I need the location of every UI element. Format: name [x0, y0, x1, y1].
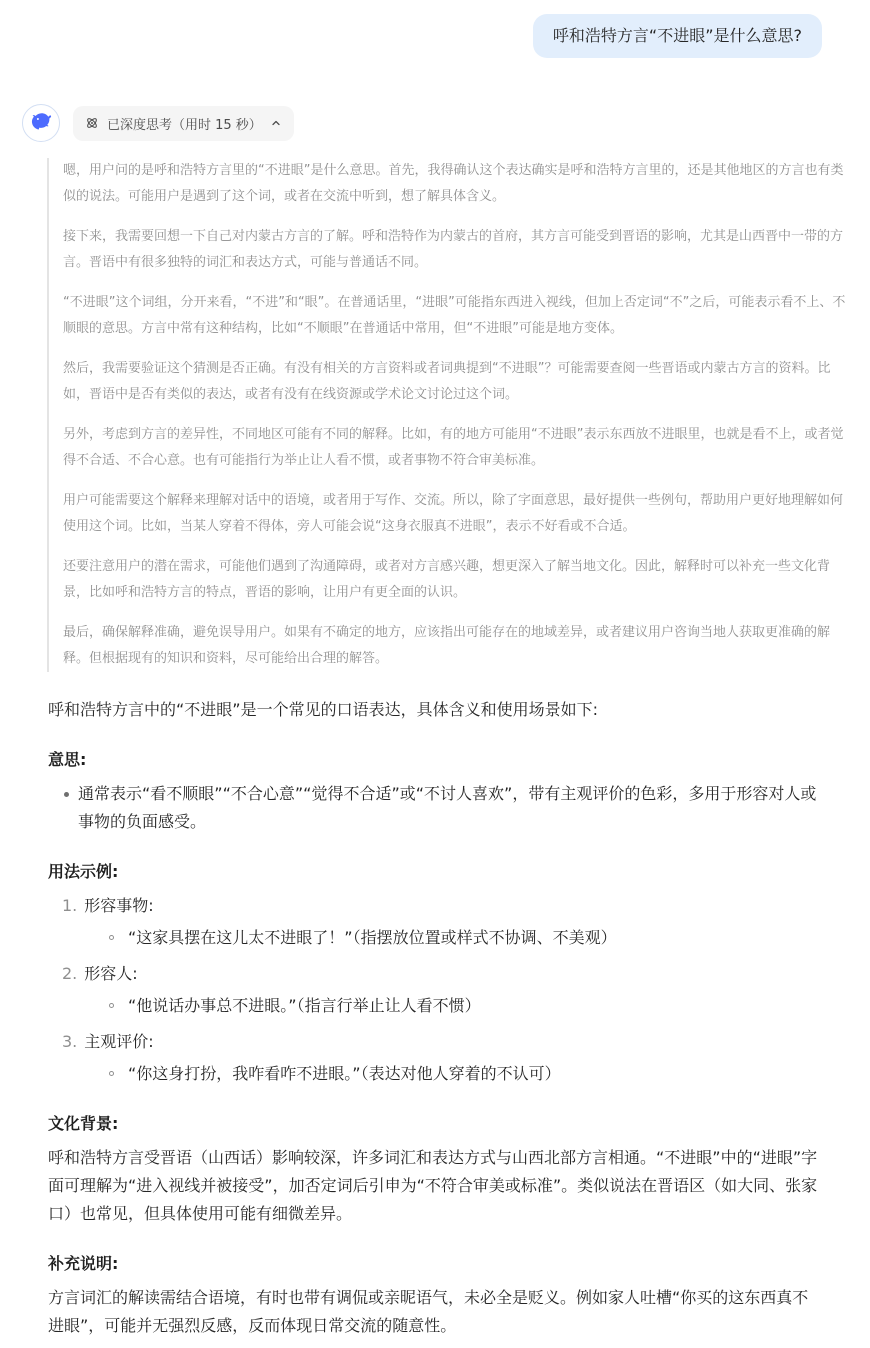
circle-bullet-icon — [109, 1071, 114, 1076]
thinking-block: 嗯，用户问的是呼和浩特方言里的“不进眼”是什么意思。首先，我得确认这个表达确实是… — [47, 158, 846, 672]
note-text: 方言词汇的解读需结合语境，有时也带有调侃或亲昵语气，未必全是贬义。例如家人吐槽“… — [48, 1284, 822, 1340]
usage-example-row: “他说话办事总不进眼。”（指言行举止让人看不惯） — [48, 992, 822, 1020]
thinking-paragraph: 用户可能需要这个解释来理解对话中的语境，或者用于写作、交流。所以，除了字面意思，… — [63, 488, 846, 540]
list-item: 1.形容事物: “这家具摆在这儿太不进眼了！”（指摆放位置或样式不协调、不美观） — [48, 892, 822, 952]
section-heading-note: 补充说明: — [48, 1252, 822, 1276]
thinking-paragraph: 最后，确保解释准确，避免误导用户。如果有不确定的地方，应该指出可能存在的地域差异… — [63, 620, 846, 672]
assistant-message: 已深度思考（用时 15 秒） 嗯，用户问的是呼和浩特方言里的“不进眼”是什么意思… — [0, 104, 870, 1340]
thinking-paragraph: 另外，考虑到方言的差异性，不同地区可能有不同的解释。比如，有的地方可能用“不进眼… — [63, 422, 846, 474]
usage-example-row: “你这身打扮，我咋看咋不进眼。”（表达对他人穿着的不认可） — [48, 1060, 822, 1088]
section-heading-usage: 用法示例: — [48, 860, 822, 884]
thinking-paragraph: 接下来，我需要回想一下自己对内蒙古方言的了解。呼和浩特作为内蒙古的首府，其方言可… — [63, 224, 846, 276]
deepthink-atom-icon — [85, 116, 99, 130]
usage-example: “这家具摆在这儿太不进眼了！”（指摆放位置或样式不协调、不美观） — [128, 928, 617, 947]
usage-example: “你这身打扮，我咋看咋不进眼。”（表达对他人穿着的不认可） — [128, 1064, 561, 1083]
list-item: 3.主观评价: “你这身打扮，我咋看咋不进眼。”（表达对他人穿着的不认可） — [48, 1028, 822, 1088]
list-item: 通常表示“看不顺眼”“不合心意”“觉得不合适”或“不讨人喜欢”，带有主观评价的色… — [48, 780, 822, 836]
user-message-row: 呼和浩特方言“不进眼”是什么意思? — [0, 0, 870, 58]
assistant-avatar — [22, 104, 60, 142]
usage-title: 主观评价: — [84, 1032, 153, 1051]
list-item: 2.形容人: “他说话办事总不进眼。”（指言行举止让人看不惯） — [48, 960, 822, 1020]
meaning-text: 通常表示“看不顺眼”“不合心意”“觉得不合适”或“不讨人喜欢”，带有主观评价的色… — [78, 784, 816, 831]
usage-title: 形容人: — [84, 964, 137, 983]
user-message-bubble: 呼和浩特方言“不进眼”是什么意思? — [533, 14, 822, 58]
deep-think-toggle-label: 已深度思考（用时 15 秒） — [107, 114, 262, 133]
section-heading-culture: 文化背景: — [48, 1112, 822, 1136]
list-number: 1. — [62, 896, 77, 915]
circle-bullet-icon — [109, 1003, 114, 1008]
usage-title: 形容事物: — [84, 896, 153, 915]
list-number: 2. — [62, 964, 77, 983]
thinking-paragraph: 还要注意用户的潜在需求，可能他们遇到了沟通障碍，或者对方言感兴趣，想更深入了解当… — [63, 554, 846, 606]
meaning-list: 通常表示“看不顺眼”“不合心意”“觉得不合适”或“不讨人喜欢”，带有主观评价的色… — [48, 780, 822, 836]
thinking-paragraph: 嗯，用户问的是呼和浩特方言里的“不进眼”是什么意思。首先，我得确认这个表达确实是… — [63, 158, 846, 210]
usage-title-row: 3.主观评价: — [48, 1028, 822, 1056]
thinking-paragraph: 然后，我需要验证这个猜测是否正确。有没有相关的方言资料或者词典提到“不进眼”？可… — [63, 356, 846, 408]
culture-text: 呼和浩特方言受晋语（山西话）影响较深，许多词汇和表达方式与山西北部方言相通。“不… — [48, 1144, 822, 1228]
thinking-paragraph: “不进眼”这个词组，分开来看，“不进”和“眼”。在普通话里，“进眼”可能指东西进… — [63, 290, 846, 342]
list-number: 3. — [62, 1032, 77, 1051]
bullet-dot-icon — [64, 792, 69, 797]
circle-bullet-icon — [109, 935, 114, 940]
deepseek-whale-icon — [28, 108, 54, 138]
usage-list: 1.形容事物: “这家具摆在这儿太不进眼了！”（指摆放位置或样式不协调、不美观）… — [48, 892, 822, 1088]
section-heading-meaning: 意思: — [48, 748, 822, 772]
chat-page: 呼和浩特方言“不进眼”是什么意思? 已深度思 — [0, 0, 870, 1340]
usage-title-row: 1.形容事物: — [48, 892, 822, 920]
answer-body: 呼和浩特方言中的“不进眼”是一个常见的口语表达，具体含义和使用场景如下: 意思:… — [48, 696, 822, 1340]
usage-example: “他说话办事总不进眼。”（指言行举止让人看不惯） — [128, 996, 481, 1015]
answer-intro: 呼和浩特方言中的“不进眼”是一个常见的口语表达，具体含义和使用场景如下: — [48, 696, 822, 724]
chevron-up-icon — [270, 117, 282, 129]
assistant-header: 已深度思考（用时 15 秒） — [0, 104, 870, 142]
deep-think-toggle-button[interactable]: 已深度思考（用时 15 秒） — [73, 106, 294, 141]
usage-example-row: “这家具摆在这儿太不进眼了！”（指摆放位置或样式不协调、不美观） — [48, 924, 822, 952]
usage-title-row: 2.形容人: — [48, 960, 822, 988]
